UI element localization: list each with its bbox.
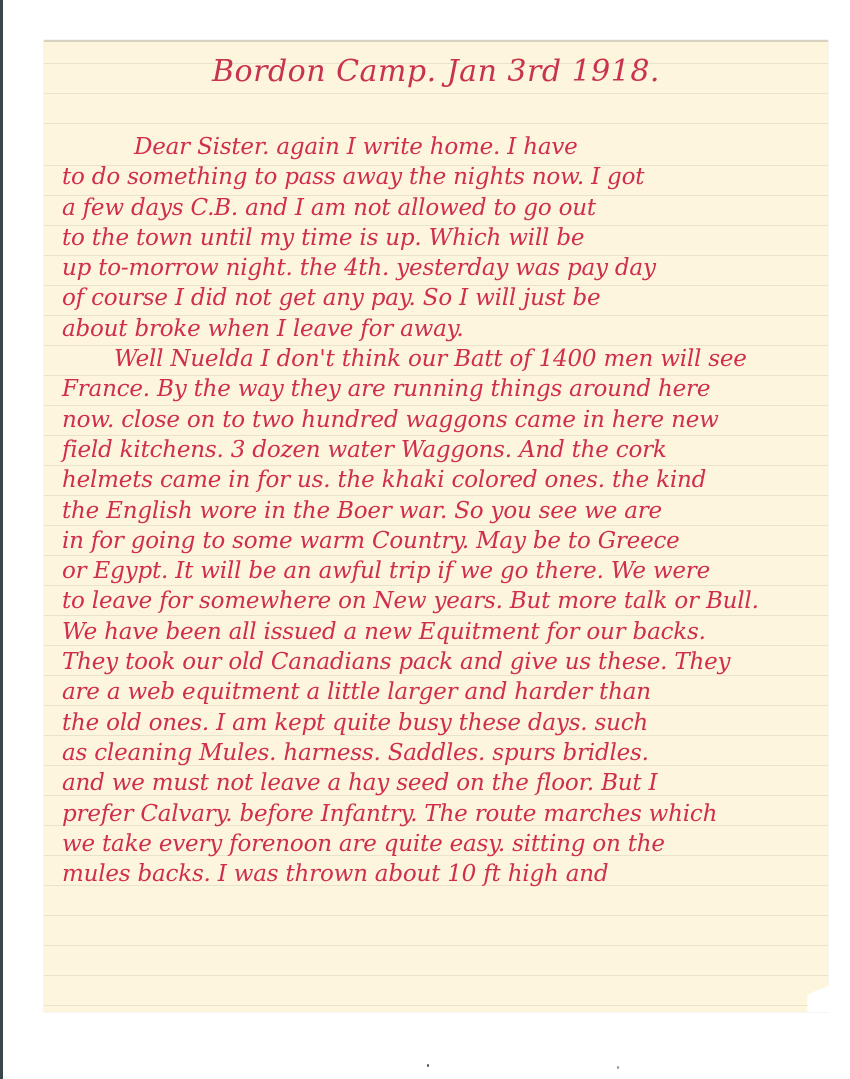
letter-line: We have been all issued a new Equitment … [62, 617, 822, 647]
letter-line: up to-morrow night. the 4th. yesterday w… [62, 253, 822, 283]
letter-line: Well Nuelda I don't think our Batt of 14… [62, 344, 822, 374]
letter-line: as cleaning Mules. harness. Saddles. spu… [62, 738, 822, 768]
letter-line: the old ones. I am kept quite busy these… [62, 708, 822, 738]
letter-line: to leave for somewhere on New years. But… [62, 586, 822, 616]
letter-page: Bordon Camp. Jan 3rd 1918. Dear Sister. … [44, 40, 828, 1012]
letter-line: in for going to some warm Country. May b… [62, 526, 822, 556]
letter-body: Dear Sister. again I write home. I have … [62, 132, 822, 889]
letter-line: of course I did not get any pay. So I wi… [62, 283, 822, 313]
letter-line: to do something to pass away the nights … [62, 162, 822, 192]
dust-speck [427, 1064, 429, 1067]
letter-line: Dear Sister. again I write home. I have [62, 132, 822, 162]
letter-line: now. close on to two hundred waggons cam… [62, 405, 822, 435]
letter-line: we take every forenoon are quite easy. s… [62, 829, 822, 859]
letter-line: They took our old Canadians pack and giv… [62, 647, 822, 677]
letter-line: the English wore in the Boer war. So you… [62, 496, 822, 526]
letter-line: prefer Calvary. before Infantry. The rou… [62, 799, 822, 829]
scan-border [0, 0, 3, 1079]
letter-line: about broke when I leave for away. [62, 314, 822, 344]
letter-line: and we must not leave a hay seed on the … [62, 768, 822, 798]
dust-speck [617, 1066, 619, 1069]
letter-heading: Bordon Camp. Jan 3rd 1918. [44, 54, 828, 89]
letter-line: France. By the way they are running thin… [62, 374, 822, 404]
letter-line: helmets came in for us. the khaki colore… [62, 465, 822, 495]
letter-line: are a web equitment a little larger and … [62, 677, 822, 707]
letter-line: to the town until my time is up. Which w… [62, 223, 822, 253]
letter-line: mules backs. I was thrown about 10 ft hi… [62, 859, 822, 889]
letter-line: field kitchens. 3 dozen water Waggons. A… [62, 435, 822, 465]
letter-line: or Egypt. It will be an awful trip if we… [62, 556, 822, 586]
letter-line: a few days C.B. and I am not allowed to … [62, 193, 822, 223]
